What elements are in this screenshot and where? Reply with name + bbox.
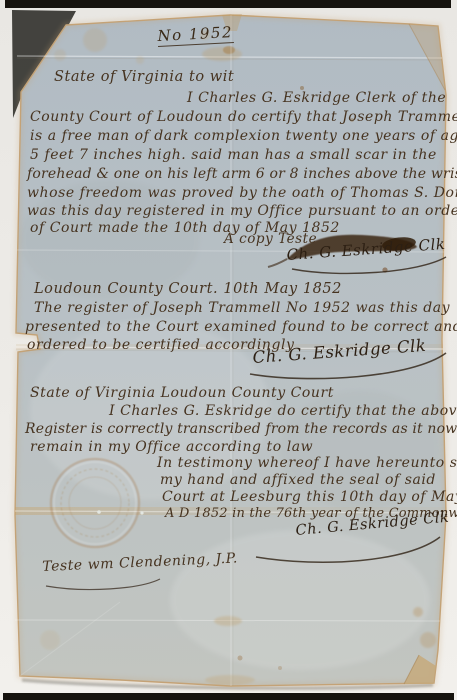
manuscript-text: No 1952 State of Virginia to wit I Charl… <box>0 0 457 700</box>
photographed-manuscript: No 1952 State of Virginia to wit I Charl… <box>0 0 457 700</box>
order-line-2: The register of Joseph Trammell No 1952 … <box>34 300 450 316</box>
transcript-line-4: In testimony whereof I have hereunto set <box>157 455 457 471</box>
cert-line-5: forehead & one on his left arm 6 or 8 in… <box>27 166 457 182</box>
cert-line-4: 5 feet 7 inches high. said man has a sma… <box>30 147 437 163</box>
transcript-heading: State of Virginia Loudoun County Court <box>30 385 334 401</box>
registration-number: No 1952 <box>157 23 234 47</box>
transcript-line-2: Register is correctly transcribed from t… <box>25 421 457 437</box>
cert-line-2: County Court of Loudoun do certify that … <box>30 109 457 125</box>
cert-line-1: I Charles G. Eskridge Clerk of the <box>187 90 446 106</box>
transcript-line-5: my hand and affixed the seal of said <box>160 472 436 488</box>
transcript-line-1: I Charles G. Eskridge do certify that th… <box>109 403 457 419</box>
cert-line-7: was this day registered in my Office pur… <box>27 203 457 219</box>
cert-line-6: whose freedom was proved by the oath of … <box>27 185 457 201</box>
order-line-3: presented to the Court examined found to… <box>25 319 457 335</box>
transcript-line-6: Court at Leesburg this 10th day of May <box>162 489 457 505</box>
cert-heading: State of Virginia to wit <box>54 69 234 85</box>
transcript-line-3: remain in my Office according to law <box>30 439 313 455</box>
teste-line: Teste wm Clendening, J.P. <box>42 550 238 575</box>
order-line-1: Loudoun County Court. 10th May 1852 <box>34 281 342 297</box>
cert-line-3: is a free man of dark complexion twenty … <box>30 128 457 144</box>
